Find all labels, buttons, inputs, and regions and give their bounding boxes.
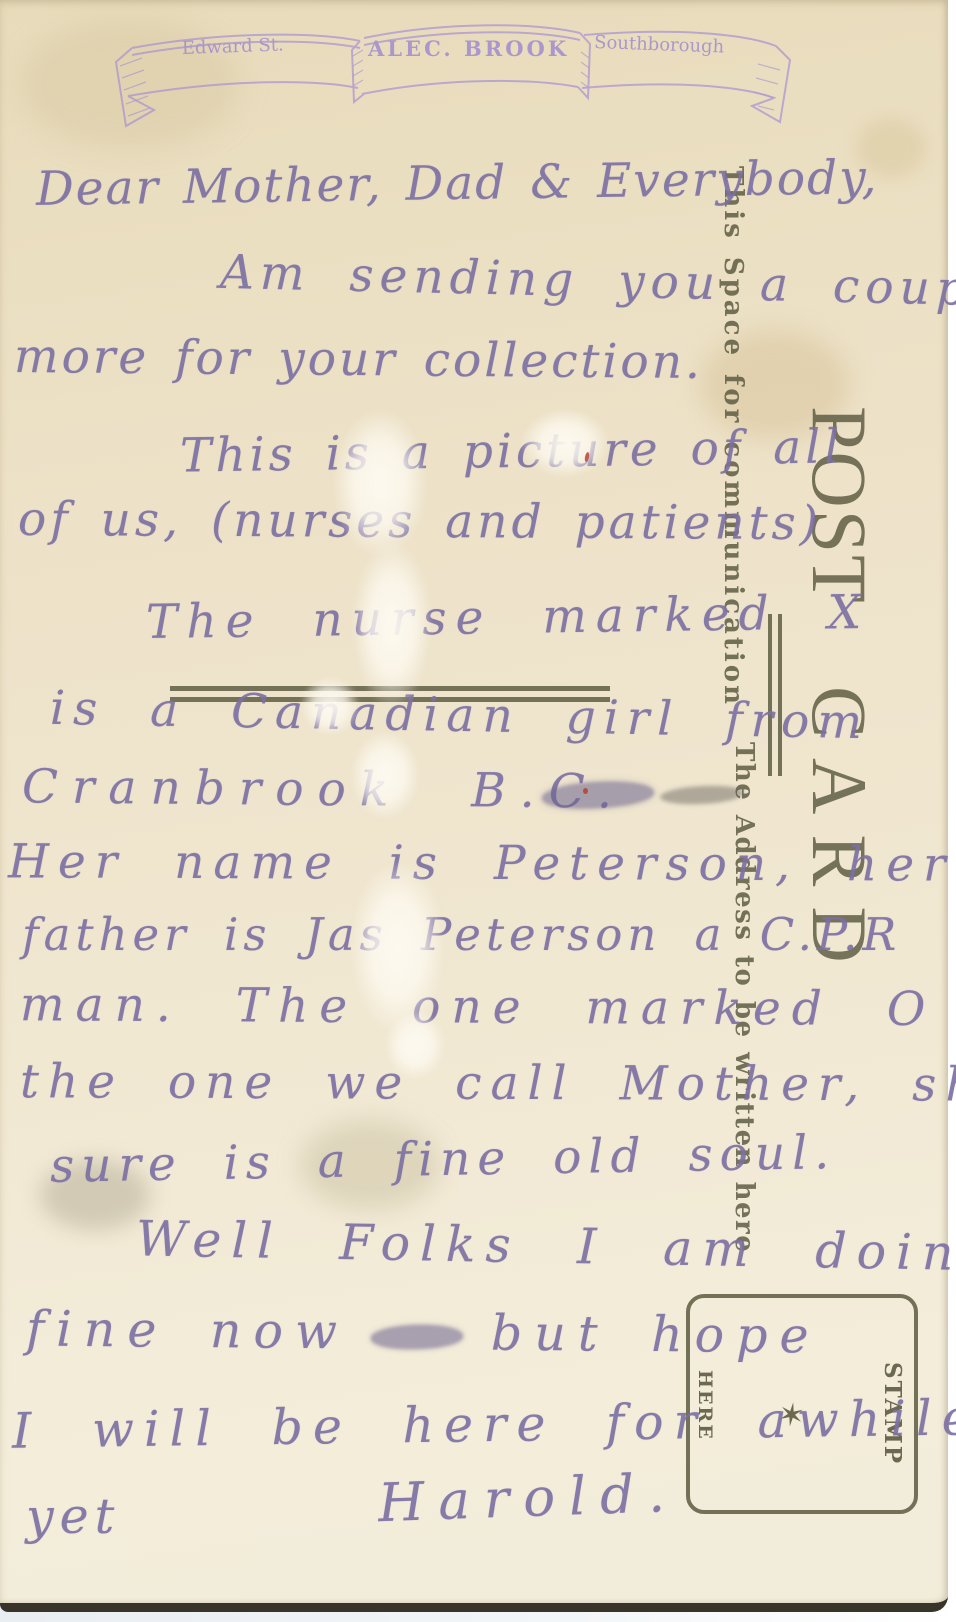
message-line-with-scribble: fine nowbut hope <box>26 1305 821 1361</box>
message-line: is a Canadian girl from <box>50 685 871 746</box>
message-line: the one we call Mother, she <box>20 1058 956 1108</box>
banner-left-text: Edward St. <box>181 34 284 59</box>
damage-patch <box>385 1010 445 1080</box>
red-speck <box>583 788 588 794</box>
damage-patch <box>520 408 610 478</box>
damage-patch <box>300 676 360 736</box>
signature: Harold. <box>377 1467 679 1530</box>
damage-patch <box>352 540 432 710</box>
banner-right-text: Southborough <box>594 32 725 58</box>
damage-patch <box>350 730 420 820</box>
message-line: Her name is Peterson, her <box>8 838 955 888</box>
message-line: Well Folks I am doing <box>136 1214 956 1278</box>
sender-stamp-banner: Edward St. ALEC. BROOK Southborough <box>112 8 792 130</box>
message-line: Cranbrook B.C. <box>22 763 626 815</box>
damage-patch <box>350 860 445 1035</box>
message-line: Am sending you a couple <box>220 249 956 314</box>
message-line: sure is a fine old soul. <box>50 1129 837 1190</box>
message-line: more for your collection. <box>14 333 703 386</box>
message-line: This is a picture of all <box>180 423 844 479</box>
message-line: man. The one marked O is <box>20 981 956 1033</box>
message-line: fine now <box>26 1301 349 1361</box>
message-line: father is Jas Peterson a C.P.R <box>22 912 901 957</box>
crossed-out-word <box>370 1322 463 1350</box>
message-line: I will be here for awhile <box>12 1393 956 1456</box>
postcard: Edward St. ALEC. BROOK Southborough This… <box>0 0 948 1612</box>
message-line: but hope <box>491 1305 821 1365</box>
message-line: yet <box>26 1492 120 1541</box>
damage-patch <box>332 408 428 558</box>
message-line: Dear Mother, Dad & Everybody, <box>36 154 879 213</box>
banner-center-text: ALEC. BROOK <box>367 36 569 61</box>
message-line: The nurse marked X <box>146 589 871 646</box>
